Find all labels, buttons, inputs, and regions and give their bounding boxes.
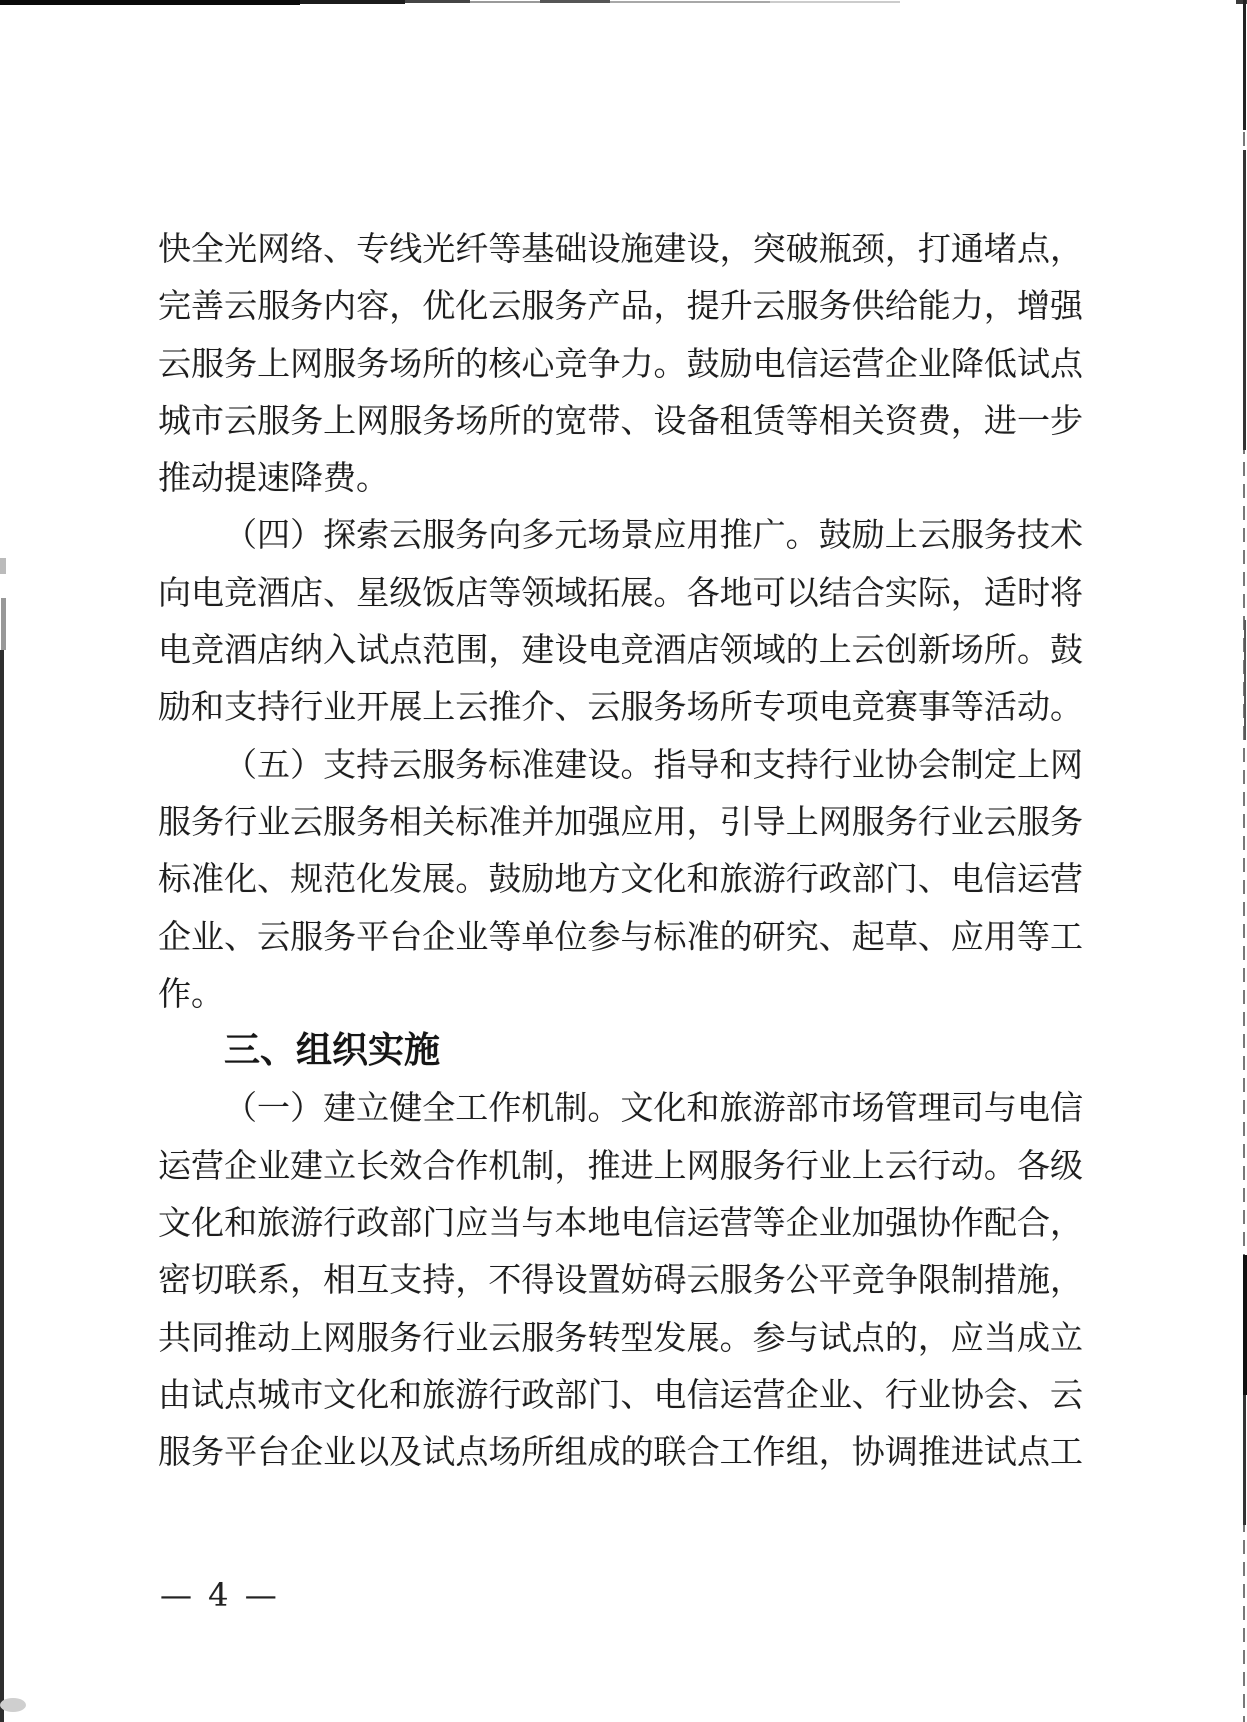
text-line: 由试点城市文化和旅游行政部门、电信运营企业、行业协会、云 xyxy=(158,1366,1083,1423)
scan-artifact-right-edge xyxy=(1243,0,1245,1722)
scan-artifact-left-edge xyxy=(0,558,6,574)
text-line: 共同推动上网服务行业云服务转型发展。参与试点的，应当成立 xyxy=(158,1309,1083,1366)
text-line: 城市云服务上网服务场所的宽带、设备租赁等相关资费，进一步 xyxy=(158,392,1083,449)
text-line: 企业、云服务平台企业等单位参与标准的研究、起草、应用等工 xyxy=(158,908,1083,965)
text-line: 电竞酒店纳入试点范围，建设电竞酒店领域的上云创新场所。鼓 xyxy=(158,621,1083,678)
scan-artifact-right-edge xyxy=(1244,620,1246,740)
text-line: 密切联系，相互支持，不得设置妨碍云服务公平竞争限制措施， xyxy=(158,1251,1083,1308)
text-line-paragraph-start: （一）建立健全工作机制。文化和旅游部市场管理司与电信 xyxy=(158,1079,1083,1136)
scan-artifact-top-edge xyxy=(770,1,900,3)
scan-artifact-left-edge xyxy=(0,650,4,1722)
text-line: 云服务上网服务场所的核心竞争力。鼓励电信运营企业降低试点 xyxy=(158,335,1083,392)
scan-artifact-top-edge xyxy=(0,0,300,5)
text-line: 完善云服务内容，优化云服务产品，提升云服务供给能力，增强 xyxy=(158,277,1083,334)
text-line: 服务平台企业以及试点场所组成的联合工作组，协调推进试点工 xyxy=(158,1423,1083,1480)
scan-artifact-right-edge xyxy=(1243,0,1246,130)
scan-artifact-top-edge xyxy=(300,0,405,4)
text-line: 快全光网络、专线光纤等基础设施建设，突破瓶颈，打通堵点， xyxy=(158,220,1083,277)
scan-artifact-right-edge xyxy=(1243,1255,1247,1395)
page-number: — 4 — xyxy=(160,1576,280,1614)
text-line: 向电竞酒店、星级饭店等领域拓展。各地可以结合实际，适时将 xyxy=(158,564,1083,621)
text-line: 文化和旅游行政部门应当与本地电信运营等企业加强协作配合， xyxy=(158,1194,1083,1251)
text-line: 运营企业建立长效合作机制，推进上网服务行业上云行动。各级 xyxy=(158,1137,1083,1194)
text-line: 励和支持行业开展上云推介、云服务场所专项电竞赛事等活动。 xyxy=(158,678,1083,735)
section-heading: 三、组织实施 xyxy=(158,1022,1083,1079)
document-text-block: 快全光网络、专线光纤等基础设施建设，突破瓶颈，打通堵点， 完善云服务内容，优化云… xyxy=(158,220,1083,1481)
text-line: 作。 xyxy=(158,965,1083,1022)
scan-artifact-top-edge xyxy=(610,1,770,3)
scan-artifact-left-edge xyxy=(1,598,6,650)
scan-artifact-top-edge xyxy=(405,0,470,3)
text-line: 推动提速降费。 xyxy=(158,449,1083,506)
scan-artifact-top-edge xyxy=(470,1,540,3)
scan-artifact-right-edge xyxy=(1243,150,1246,450)
text-line-paragraph-start: （四）探索云服务向多元场景应用推广。鼓励上云服务技术 xyxy=(158,506,1083,563)
scan-artifact-top-right-tick xyxy=(1236,0,1247,4)
text-line: 服务行业云服务相关标准并加强应用，引导上网服务行业云服务 xyxy=(158,793,1083,850)
document-page: 快全光网络、专线光纤等基础设施建设，突破瓶颈，打通堵点， 完善云服务内容，优化云… xyxy=(0,0,1247,1722)
scan-artifact-bottom-left-smudge xyxy=(0,1698,26,1712)
text-line-paragraph-start: （五）支持云服务标准建设。指导和支持行业协会制定上网 xyxy=(158,736,1083,793)
scan-artifact-right-edge xyxy=(1243,1395,1246,1525)
scan-artifact-top-edge xyxy=(540,0,610,3)
text-line: 标准化、规范化发展。鼓励地方文化和旅游行政部门、电信运营 xyxy=(158,850,1083,907)
